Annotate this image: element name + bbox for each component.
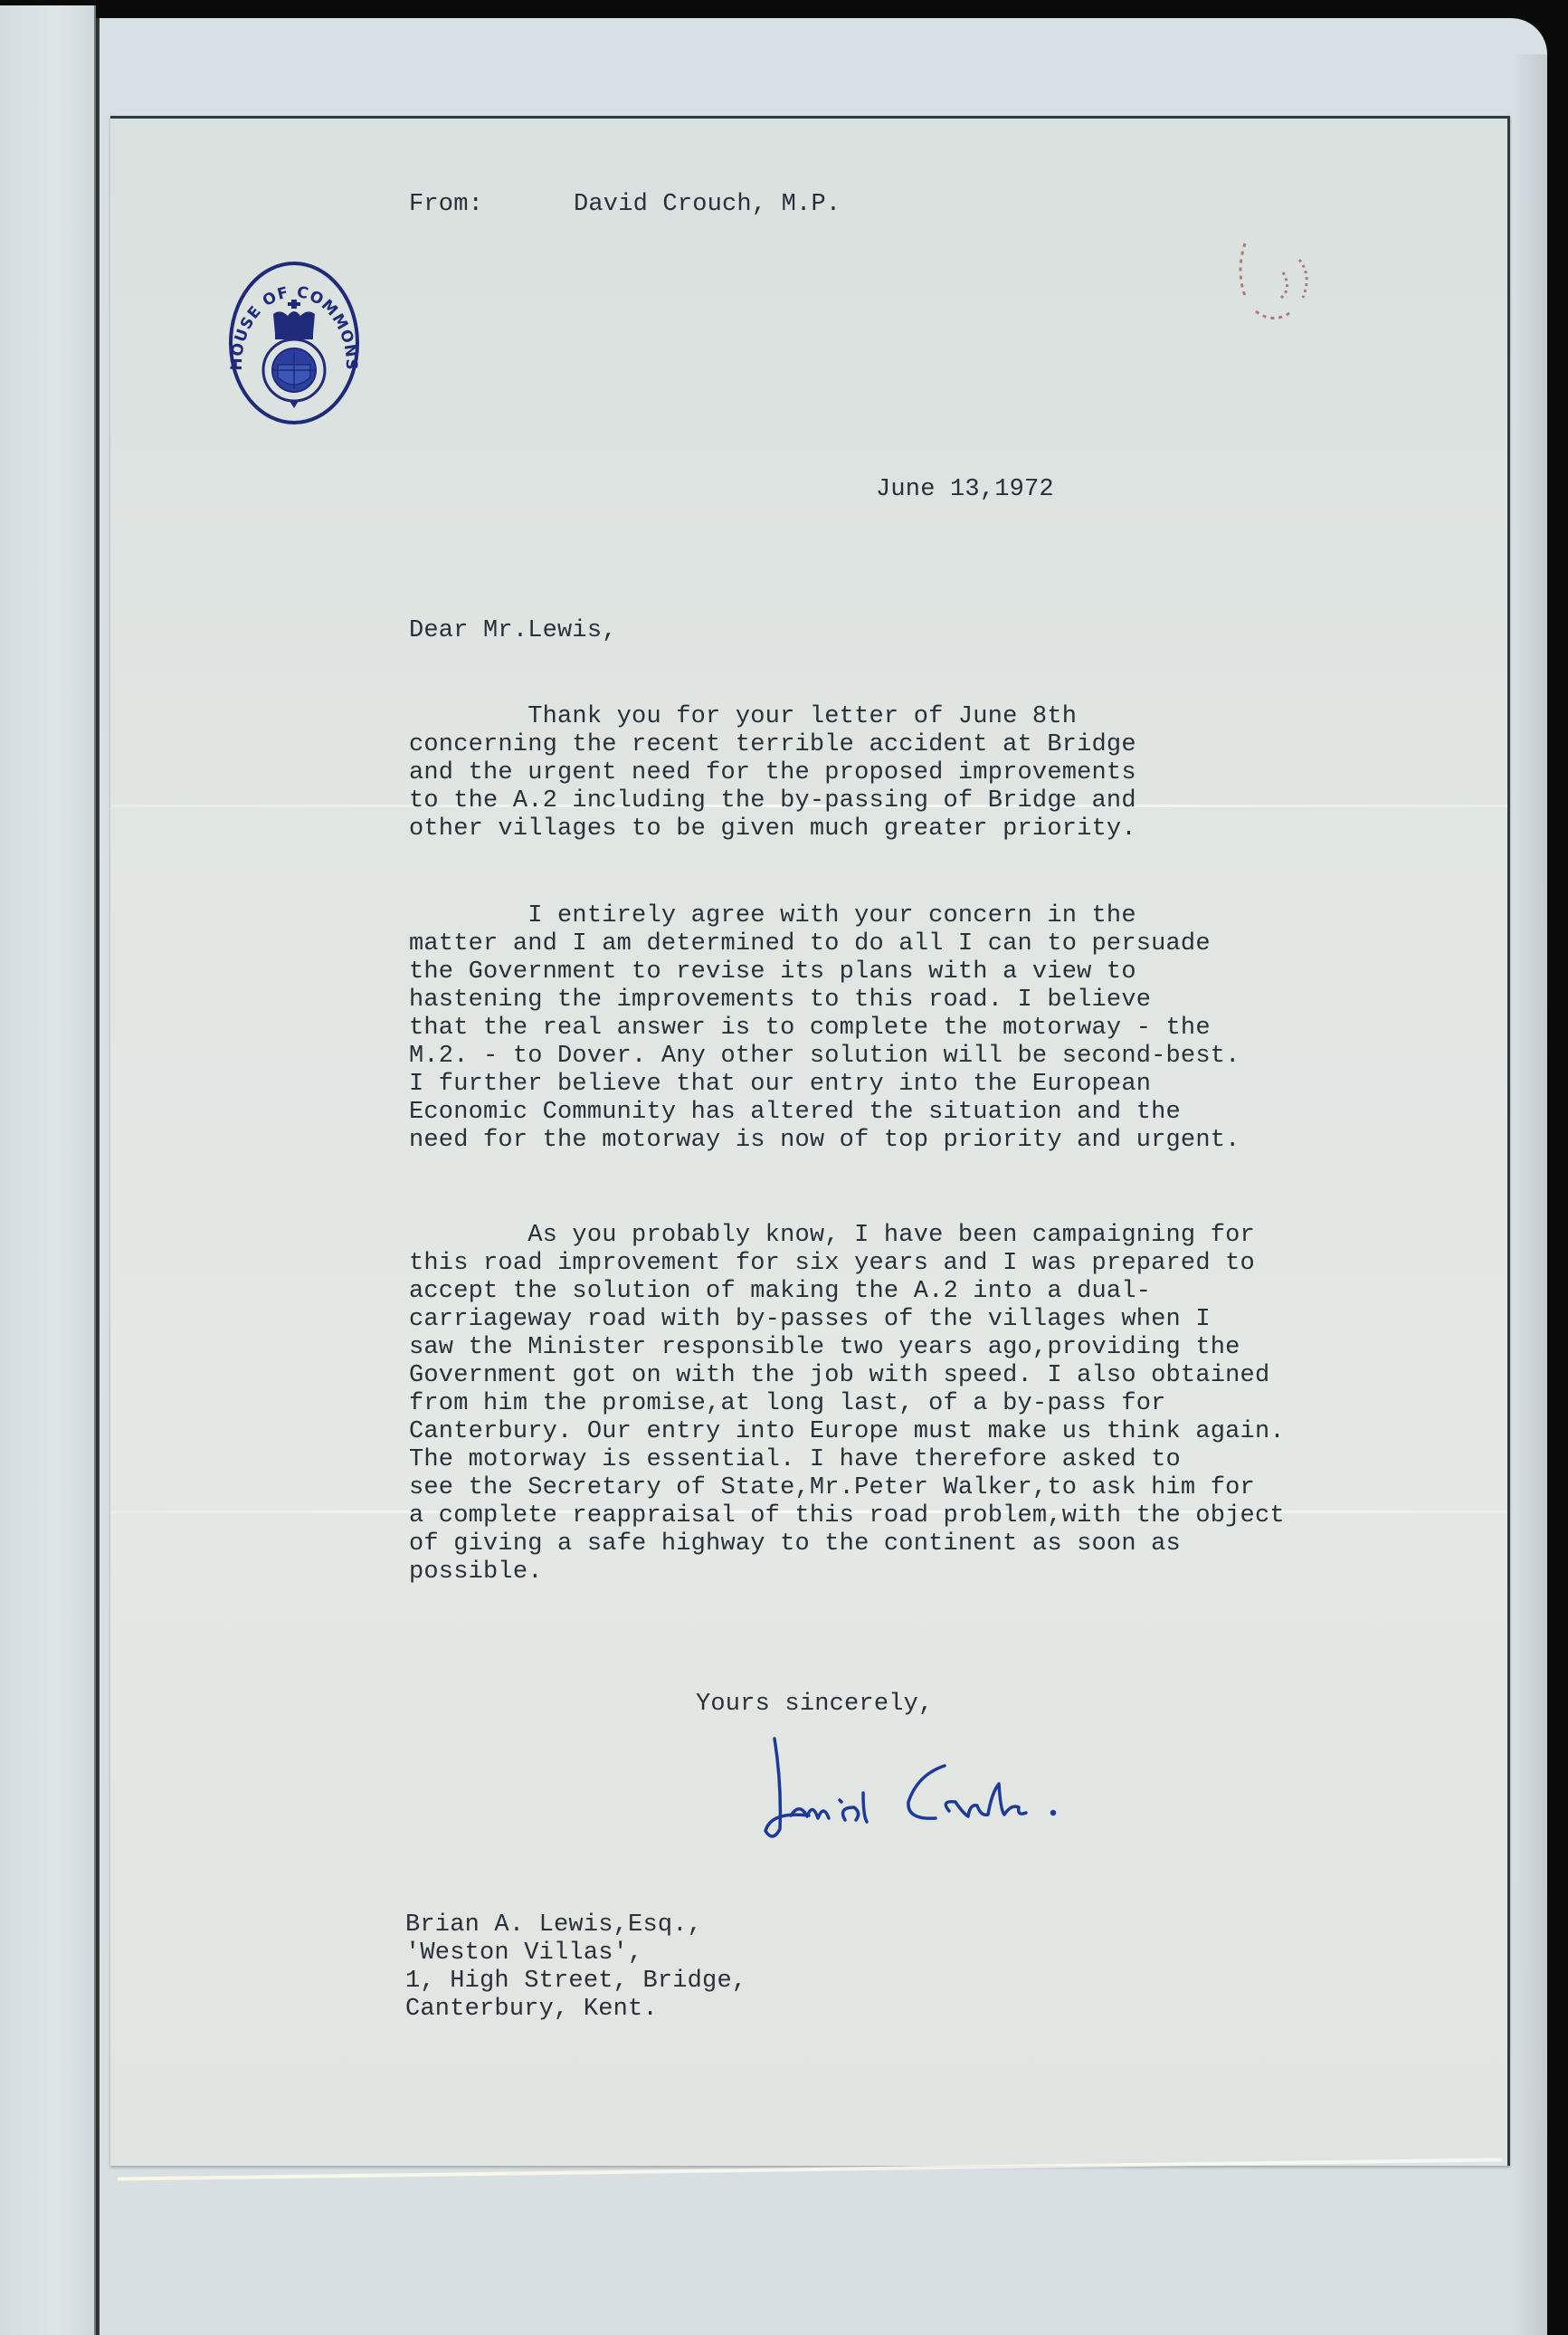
- body-paragraph-3: As you probably know, I have been campai…: [409, 1222, 1285, 1587]
- body-paragraph-1: Thank you for your letter of June 8th co…: [409, 703, 1136, 843]
- recipient-address: Brian A. Lewis,Esq., 'Weston Villas', 1,…: [405, 1911, 746, 2024]
- letter-date: June 13,1972: [876, 476, 1054, 504]
- letter-sheet: HOUSE OF COMMONS From: David Crouch, M.P…: [110, 116, 1510, 2166]
- postmark-stamp: [1229, 225, 1319, 334]
- closing: Yours sincerely,: [696, 1691, 933, 1719]
- sender-name: David Crouch, M.P.: [574, 191, 841, 219]
- salutation: Dear Mr.Lewis,: [409, 617, 617, 645]
- signature: [755, 1730, 1071, 1847]
- folder-flap: [0, 5, 96, 2335]
- from-label: From:: [409, 191, 483, 219]
- body-paragraph-2: I entirely agree with your concern in th…: [409, 902, 1240, 1155]
- house-of-commons-crest-icon: HOUSE OF COMMONS: [226, 258, 362, 428]
